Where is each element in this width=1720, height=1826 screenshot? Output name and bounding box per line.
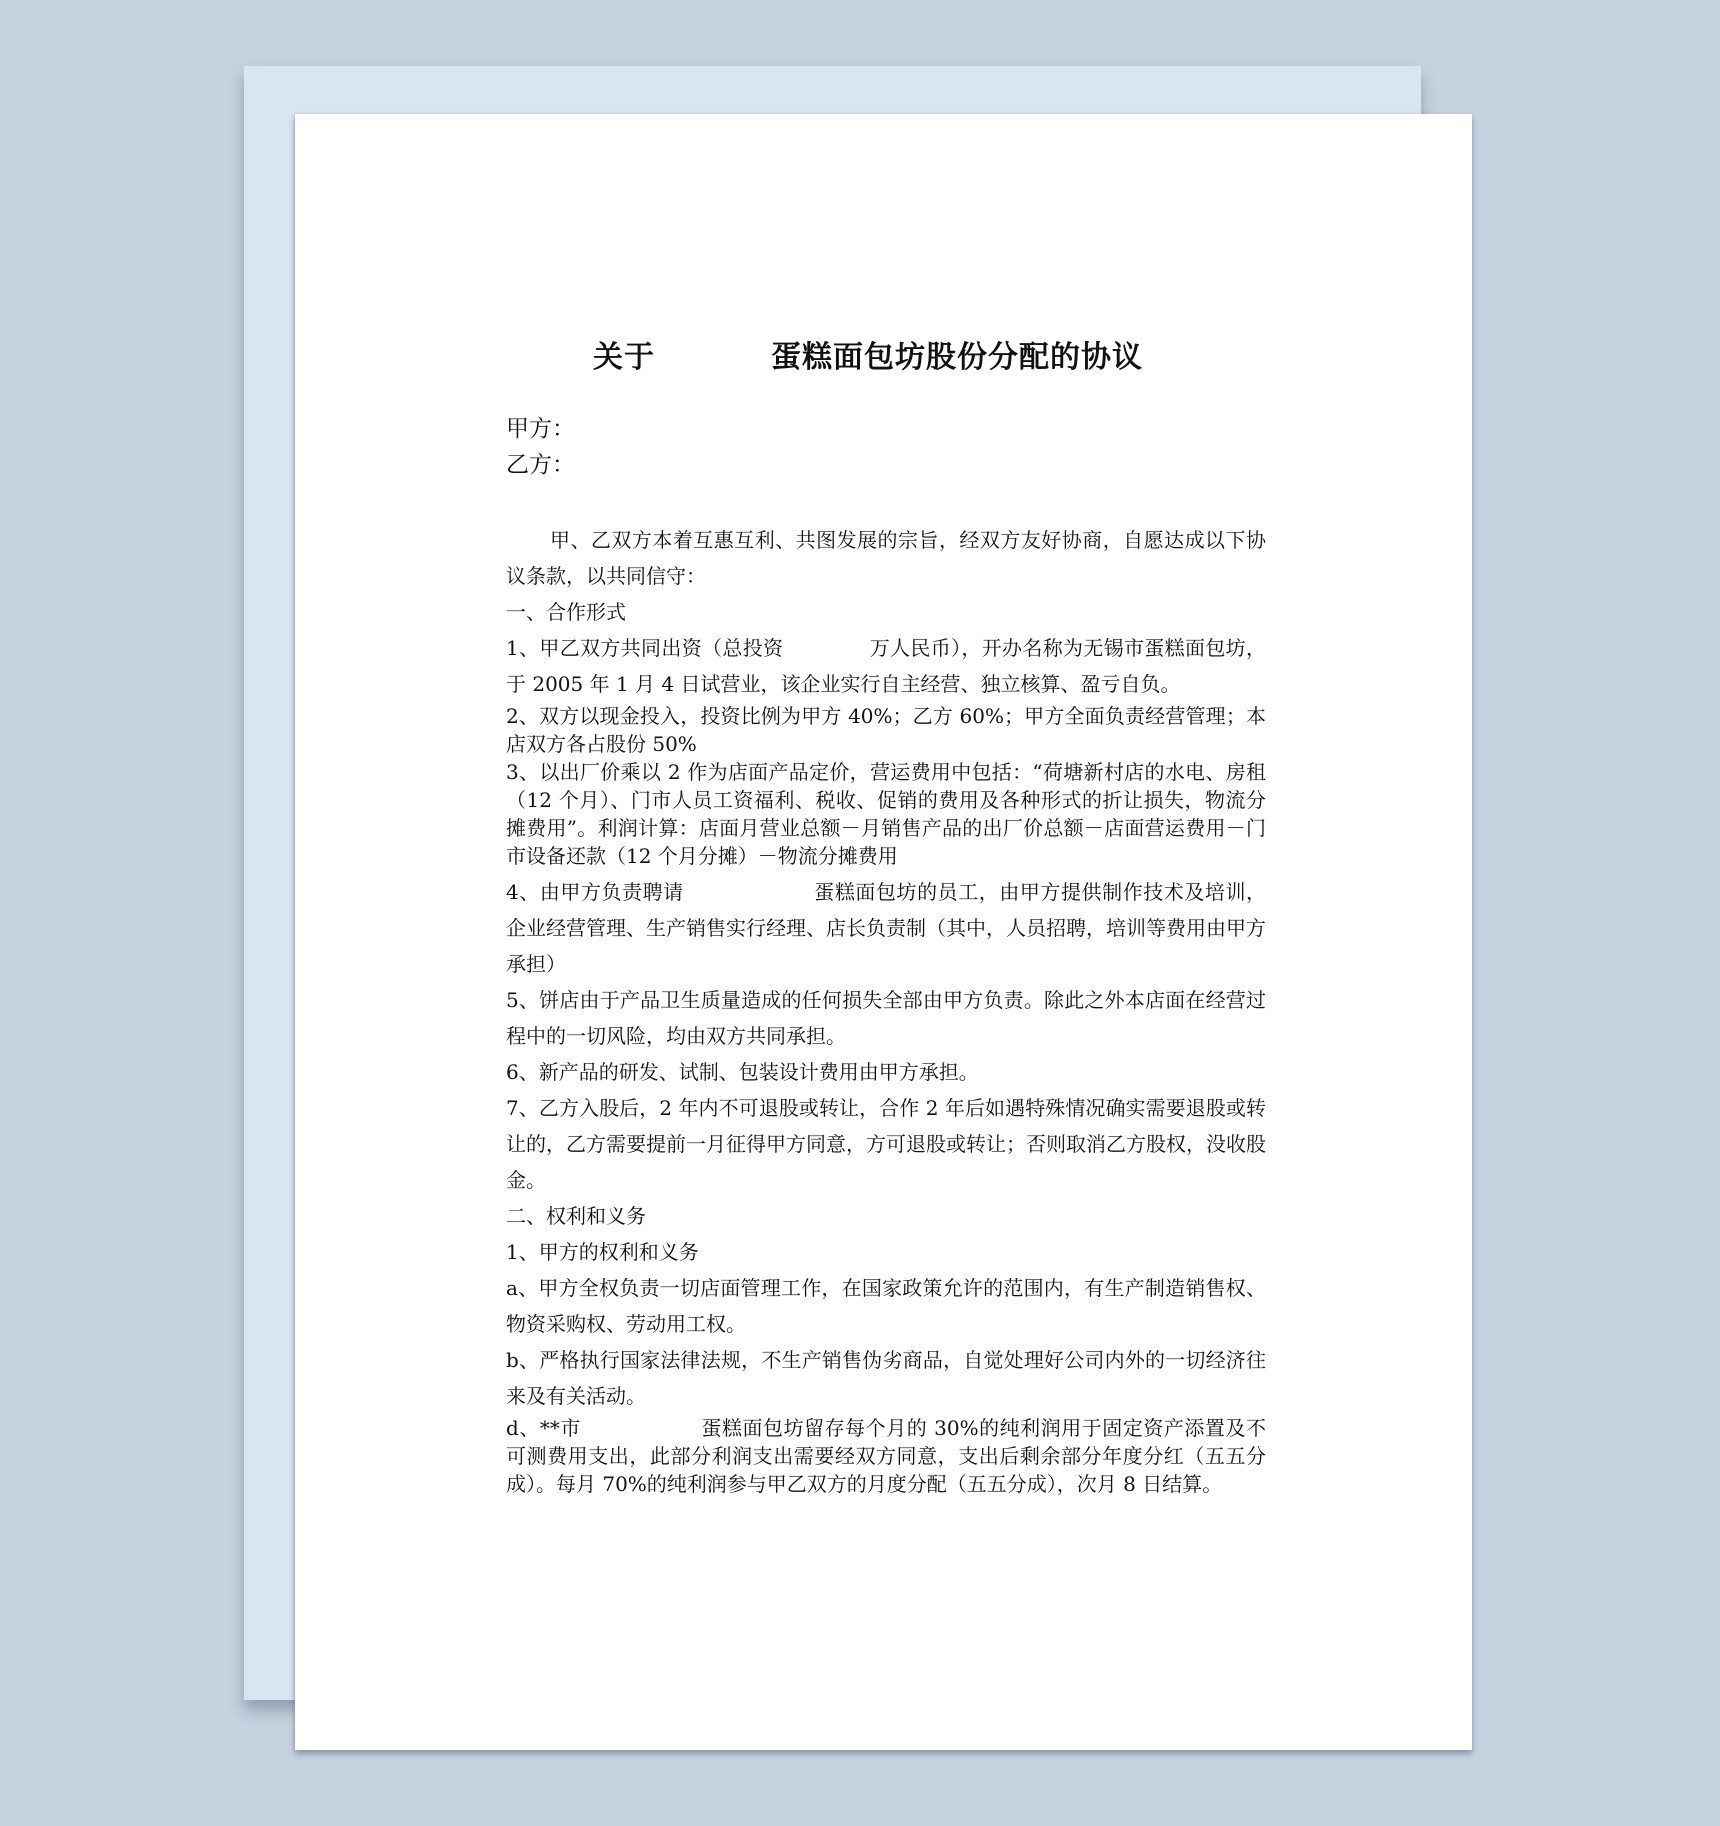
- item-d-part-b: 蛋糕面包坊留存每个月的 30%的纯利润用于固定资产添置及不可测费用支出，此部分利…: [506, 1416, 1266, 1496]
- document-page: 关于 蛋糕面包坊股份分配的协议 甲方： 乙方： 甲、乙双方本着互惠互利、共图发展…: [295, 114, 1472, 1750]
- section-heading-rights: 二、权利和义务: [506, 1198, 1266, 1234]
- clause-4: 4、由甲方负责聘请蛋糕面包坊的员工，由甲方提供制作技术及培训，企业经营管理、生产…: [506, 874, 1266, 982]
- section-heading-cooperation: 一、合作形式: [506, 594, 1266, 630]
- clause-5: 5、饼店由于产品卫生质量造成的任何损失全部由甲方负责。除此之外本店面在经营过程中…: [506, 982, 1266, 1054]
- clause-1-part-a: 1、甲乙双方共同出资（总投资: [506, 636, 783, 660]
- subsection-heading-party-a: 1、甲方的权利和义务: [506, 1234, 1266, 1270]
- clause-6: 6、新产品的研发、试制、包装设计费用由甲方承担。: [506, 1054, 1266, 1090]
- item-d-part-a: d、**市: [506, 1416, 581, 1440]
- clause-3: 3、以出厂价乘以 2 作为店面产品定价，营运费用中包括：“荷塘新村店的水电、房租…: [506, 758, 1266, 870]
- item-d: d、**市蛋糕面包坊留存每个月的 30%的纯利润用于固定资产添置及不可测费用支出…: [506, 1414, 1266, 1498]
- party-b-label: 乙方：: [506, 446, 575, 479]
- title-prefix: 关于: [593, 332, 655, 376]
- party-a-label: 甲方：: [506, 410, 575, 443]
- clause-1: 1、甲乙双方共同出资（总投资万人民币），开办名称为无锡市蛋糕面包坊，于 2005…: [506, 630, 1266, 702]
- clause-2: 2、双方以现金投入，投资比例为甲方 40%；乙方 60%；甲方全面负责经营管理；…: [506, 702, 1266, 758]
- item-a: a、甲方全权负责一切店面管理工作，在国家政策允许的范围内，有生产制造销售权、物资…: [506, 1270, 1266, 1342]
- clause-4-part-a: 4、由甲方负责聘请: [506, 880, 684, 904]
- intro-paragraph: 甲、乙双方本着互惠互利、共图发展的宗旨，经双方友好协商，自愿达成以下协议条款，以…: [506, 522, 1266, 594]
- item-b: b、严格执行国家法律法规，不生产销售伪劣商品，自觉处理好公司内外的一切经济往来及…: [506, 1342, 1266, 1414]
- title-main: 蛋糕面包坊股份分配的协议: [771, 332, 1143, 376]
- document-body: 甲、乙双方本着互惠互利、共图发展的宗旨，经双方友好协商，自愿达成以下协议条款，以…: [506, 522, 1266, 1498]
- clause-7: 7、乙方入股后，2 年内不可退股或转让，合作 2 年后如遇特殊情况确实需要退股或…: [506, 1090, 1266, 1198]
